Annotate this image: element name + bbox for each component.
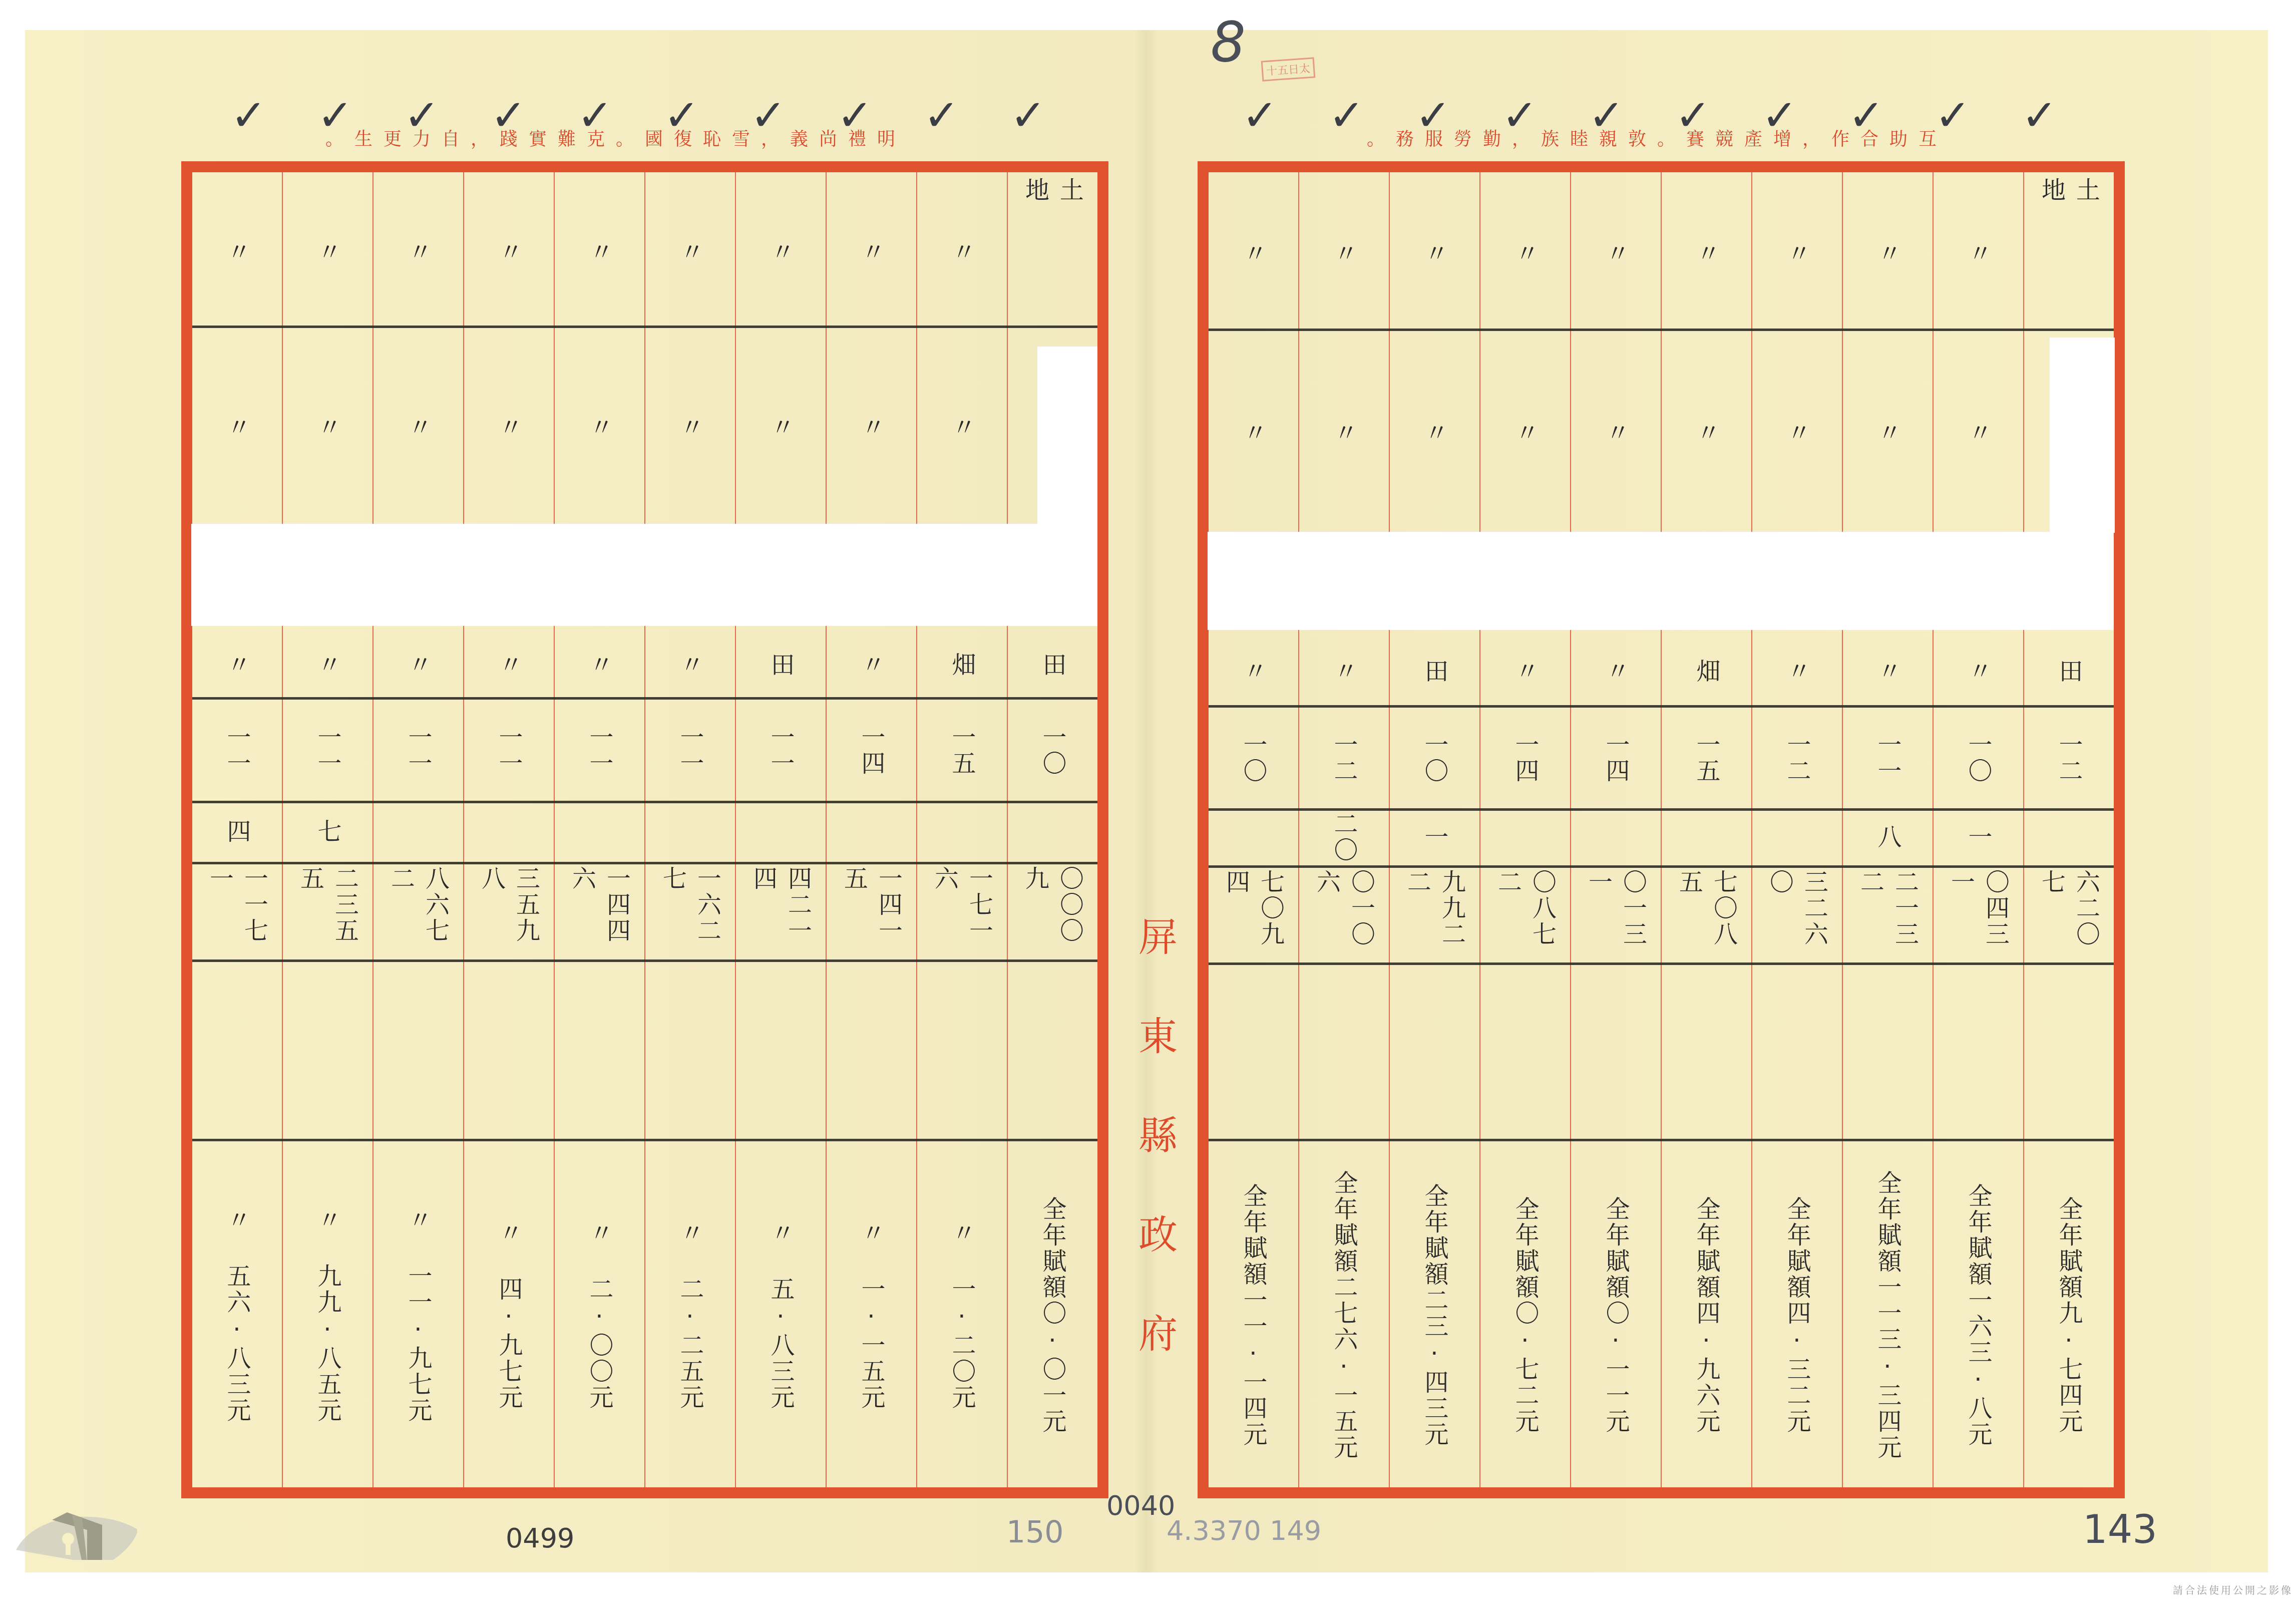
- cell-grade: 一二: [1752, 711, 1842, 805]
- cell-row1: 〃: [1934, 182, 2023, 326]
- cell-land-type: 〃: [1934, 638, 2023, 705]
- issuer-title: 屏東縣政府: [1126, 916, 1183, 1412]
- cell-tax: 〃 一·一五元: [827, 1146, 916, 1484]
- cell-area-top: [736, 804, 826, 859]
- cell-row1: 〃: [827, 182, 916, 323]
- cell-area: 〇一三一: [1571, 869, 1661, 961]
- cell-area: 一四一五: [827, 866, 916, 958]
- left-page-motto: 明禮尚義，雪恥復國。克難實踐，自力更生。: [325, 125, 906, 151]
- cell-row2: 〃: [917, 333, 1007, 523]
- cell-row2: 〃: [1934, 336, 2023, 531]
- rule-line: [1209, 963, 2114, 965]
- header-land-label: 土地: [2024, 177, 2114, 323]
- rule-line: [192, 801, 1097, 803]
- cell-row1: 〃: [192, 182, 282, 323]
- redaction-block: [191, 524, 1097, 626]
- cell-row2: 〃: [1571, 336, 1661, 531]
- right-table-columns: 田一二六二〇七全年賦額九·七四元土地〃〃〃一〇一〇四三一全年賦額一六三·八元〃〃…: [1209, 172, 2114, 1487]
- cell-grade: 一一: [373, 703, 463, 798]
- cell-tax: 全年賦額〇·一一元: [1571, 1146, 1661, 1484]
- right-page-table: 田一二六二〇七全年賦額九·七四元土地〃〃〃一〇一〇四三一全年賦額一六三·八元〃〃…: [1198, 161, 2125, 1498]
- rule-line: [192, 960, 1097, 962]
- table-column: 〃〃畑一五一七一六〃 一·二〇元: [916, 172, 1007, 1487]
- cell-grade: 一〇: [1934, 711, 2023, 805]
- cell-area: 七〇八五: [1662, 869, 1751, 961]
- cell-land-type: 〃: [645, 633, 735, 697]
- cell-area-top: 一: [1390, 811, 1479, 863]
- cell-row1: 〃: [1843, 182, 1933, 326]
- cell-row1: 〃: [736, 182, 826, 323]
- rule-line: [192, 326, 1097, 328]
- cell-row1: 〃: [1480, 182, 1570, 326]
- rule-line: [192, 697, 1097, 700]
- table-column: 〃〃〃一四一四一五〃 一·一五元: [826, 172, 916, 1487]
- cell-grade: 一五: [1662, 711, 1751, 805]
- cell-area: 三五九八: [464, 866, 554, 958]
- left-page-table: 田一〇〇〇〇九全年賦額〇·〇一元土地〃〃畑一五一七一六〃 一·二〇元〃〃〃一四一…: [181, 161, 1108, 1498]
- pencil-page-number: 8: [1211, 10, 1246, 74]
- pencil-note-mid: 4.3370 149: [1167, 1515, 1321, 1546]
- rule-line: [1209, 865, 2114, 868]
- cell-row2: 〃: [192, 333, 282, 523]
- date-stamp: 十五日太: [1261, 57, 1316, 81]
- cell-area: 二一三二: [1843, 869, 1933, 961]
- left-table-columns: 田一〇〇〇〇九全年賦額〇·〇一元土地〃〃畑一五一七一六〃 一·二〇元〃〃〃一四一…: [192, 172, 1097, 1487]
- cell-tax: 全年賦額〇·〇一元: [1008, 1146, 1097, 1484]
- cell-row1: 〃: [917, 182, 1007, 323]
- cell-tax: 全年賦額〇·七二元: [1480, 1146, 1570, 1484]
- cell-area: 〇八七二: [1480, 869, 1570, 961]
- cell-tax: 〃 五六·八三元: [192, 1146, 282, 1484]
- cell-row1: 〃: [464, 182, 554, 323]
- cell-grade: 一〇: [1008, 703, 1097, 798]
- rule-line: [192, 862, 1097, 864]
- cell-row1: 〃: [1299, 182, 1389, 326]
- checkmark-icon: ✓: [985, 94, 1071, 137]
- cell-area: 九九二二: [1390, 869, 1479, 961]
- cell-area-top: [1209, 811, 1298, 863]
- table-column: 〃〃〃一四〇八七二全年賦額〇·七二元: [1479, 172, 1570, 1487]
- cell-area: 一四四六: [555, 866, 644, 958]
- cell-row1: 〃: [1390, 182, 1479, 326]
- rule-line: [1209, 1139, 2114, 1141]
- cell-row1: 〃: [645, 182, 735, 323]
- cell-grade: 一四: [1480, 711, 1570, 805]
- cell-grade: 一一: [645, 703, 735, 798]
- cell-tax: 全年賦額九·七四元: [2024, 1146, 2114, 1484]
- cell-tax: 全年賦額一一三·三四元: [1843, 1146, 1933, 1484]
- cell-row2: 〃: [645, 333, 735, 523]
- cell-grade: 一五: [917, 703, 1007, 798]
- cell-area-top: 八: [1843, 811, 1933, 863]
- cell-tax: 全年賦額二七六·一五元: [1299, 1146, 1389, 1484]
- cell-area-top: [1008, 804, 1097, 859]
- cell-tax: 〃 一一·九七元: [373, 1146, 463, 1484]
- rule-line: [192, 1139, 1097, 1141]
- table-column: 〃〃〃一二三二六〇全年賦額四·三二元: [1751, 172, 1842, 1487]
- table-column: 〃〃田一一四二一四〃 五·八三元: [735, 172, 826, 1487]
- cell-land-type: 田: [2024, 638, 2114, 705]
- table-column: 〃〃〃一一八二一三二全年賦額一一三·三四元: [1842, 172, 1933, 1487]
- table-column: 〃〃〃一一八六七二〃 一一·九七元: [372, 172, 463, 1487]
- cell-area: 一七一六: [917, 866, 1007, 958]
- cell-tax: 〃 九九·八五元: [283, 1146, 372, 1484]
- cell-area-top: [1752, 811, 1842, 863]
- rule-line: [1209, 329, 2114, 331]
- cell-area: 四二一四: [736, 866, 826, 958]
- cell-area-top: [555, 804, 644, 859]
- right-page-motto: 互助合作，增產競賽。敦親睦族，勤勞服務。: [1367, 125, 1948, 151]
- cell-area: 〇四三一: [1934, 869, 2023, 961]
- cell-area: 〇〇〇九: [1008, 866, 1097, 958]
- cell-land-type: 〃: [827, 633, 916, 697]
- cell-area: 六二〇七: [2024, 869, 2114, 961]
- cell-tax: 全年賦額二三·四三元: [1390, 1146, 1479, 1484]
- pencil-note-left: 150: [1006, 1515, 1064, 1550]
- cell-row2: 〃: [1390, 336, 1479, 531]
- cell-land-type: 〃: [1209, 638, 1298, 705]
- cell-row2: 〃: [1480, 336, 1570, 531]
- cell-area-top: 二〇: [1299, 811, 1389, 863]
- table-column: 〃〃〃一一一四四六〃 二·〇〇元: [554, 172, 644, 1487]
- cell-grade: 一四: [1571, 711, 1661, 805]
- cell-grade: 一一: [192, 703, 282, 798]
- table-column: 〃〃〃一一七二三五五〃 九九·八五元: [282, 172, 372, 1487]
- cell-area-top: 四: [192, 804, 282, 859]
- cell-grade: 一二: [1299, 711, 1389, 805]
- cell-row2: 〃: [283, 333, 372, 523]
- cell-land-type: 〃: [1480, 638, 1570, 705]
- cell-row1: 〃: [1662, 182, 1751, 326]
- cell-row1: 〃: [555, 182, 644, 323]
- cell-row2: 〃: [736, 333, 826, 523]
- cell-grade: 一一: [464, 703, 554, 798]
- archive-number: 0499: [506, 1522, 574, 1554]
- rule-line: [1209, 705, 2114, 708]
- cell-area: 一一七一: [192, 866, 282, 958]
- cell-row2: 〃: [555, 333, 644, 523]
- redaction-block: [1208, 532, 2114, 630]
- cell-area: 二三五五: [283, 866, 372, 958]
- cell-tax: 〃 五·八三元: [736, 1146, 826, 1484]
- cell-grade: 一一: [736, 703, 826, 798]
- cell-land-type: 〃: [555, 633, 644, 697]
- table-column: 〃〃〃一一三五九八〃 四·九七元: [463, 172, 554, 1487]
- cell-area-top: [373, 804, 463, 859]
- cell-area: 三二六〇: [1752, 869, 1842, 961]
- gutter-pencil-number: 0040: [1106, 1490, 1175, 1521]
- cell-area: 七〇九四: [1209, 869, 1298, 961]
- checkmark-icon: ✓: [898, 94, 985, 137]
- cell-area: 一六二七: [645, 866, 735, 958]
- table-column: 〃〃畑一五七〇八五全年賦額四·九六元: [1661, 172, 1751, 1487]
- cell-row2: 〃: [1299, 336, 1389, 531]
- cell-row1: 〃: [1571, 182, 1661, 326]
- header-land-label: 土地: [1008, 177, 1097, 323]
- cell-tax: 全年賦額一一·一四元: [1209, 1146, 1298, 1484]
- cell-land-type: 田: [1390, 638, 1479, 705]
- archive-logo-icon: [7, 1490, 137, 1560]
- checkmark-icon: ✓: [1996, 94, 2083, 137]
- cell-tax: 〃 二·二五元: [645, 1146, 735, 1484]
- usage-watermark: 請合法使用公開之影像: [2173, 1582, 2293, 1597]
- cell-land-type: 〃: [373, 633, 463, 697]
- table-column: 〃〃〃一一四一一七一〃 五六·八三元: [192, 172, 282, 1487]
- cell-row2: 〃: [1843, 336, 1933, 531]
- cell-land-type: 〃: [1843, 638, 1933, 705]
- table-column: 〃〃〃一〇一〇四三一全年賦額一六三·八元: [1933, 172, 2023, 1487]
- cell-tax: 〃 四·九七元: [464, 1146, 554, 1484]
- cell-grade: 一一: [1843, 711, 1933, 805]
- cell-area-top: [645, 804, 735, 859]
- cell-land-type: 〃: [1752, 638, 1842, 705]
- cell-tax: 全年賦額四·三二元: [1752, 1146, 1842, 1484]
- redaction-block: [2050, 338, 2115, 533]
- cell-land-type: 〃: [1299, 638, 1389, 705]
- rule-line: [1209, 808, 2114, 811]
- cell-area-top: [1480, 811, 1570, 863]
- cell-land-type: 田: [736, 633, 826, 697]
- cell-row1: 〃: [1752, 182, 1842, 326]
- cell-area-top: [917, 804, 1007, 859]
- cell-tax: 〃 二·〇〇元: [555, 1146, 644, 1484]
- cell-grade: 一二: [2024, 711, 2114, 805]
- cell-row2: 〃: [827, 333, 916, 523]
- cell-grade: 一〇: [1209, 711, 1298, 805]
- cell-land-type: 田: [1008, 633, 1097, 697]
- cell-row1: 〃: [1209, 182, 1298, 326]
- redaction-block: [1037, 347, 1097, 527]
- cell-row2: 〃: [464, 333, 554, 523]
- checkmark-icon: ✓: [205, 94, 292, 137]
- cell-area-top: [464, 804, 554, 859]
- cell-land-type: 畑: [1662, 638, 1751, 705]
- table-column: 〃〃〃一一一六二七〃 二·二五元: [644, 172, 735, 1487]
- cell-row1: 〃: [373, 182, 463, 323]
- cell-tax: 〃 一·二〇元: [917, 1146, 1007, 1484]
- cell-grade: 一一: [555, 703, 644, 798]
- cell-land-type: 〃: [464, 633, 554, 697]
- cell-area-top: [1571, 811, 1661, 863]
- cell-area-top: [1662, 811, 1751, 863]
- cell-land-type: 〃: [1571, 638, 1661, 705]
- cell-land-type: 〃: [192, 633, 282, 697]
- cell-grade: 一四: [827, 703, 916, 798]
- cell-area: 八六七二: [373, 866, 463, 958]
- cell-grade: 一一: [283, 703, 372, 798]
- cell-row2: 〃: [1752, 336, 1842, 531]
- checkmark-icon: ✓: [1217, 94, 1303, 137]
- cell-tax: 全年賦額一六三·八元: [1934, 1146, 2023, 1484]
- cell-area-top: [827, 804, 916, 859]
- cell-tax: 全年賦額四·九六元: [1662, 1146, 1751, 1484]
- cell-land-type: 畑: [917, 633, 1007, 697]
- cell-area-top: 七: [283, 804, 372, 859]
- pencil-page-number-right: 143: [2083, 1507, 2157, 1552]
- cell-grade: 一〇: [1390, 711, 1479, 805]
- table-column: 〃〃〃一〇七〇九四全年賦額一一·一四元: [1209, 172, 1298, 1487]
- table-column: 〃〃田一〇一九九二二全年賦額二三·四三元: [1389, 172, 1479, 1487]
- cell-area-top: [2024, 811, 2114, 863]
- table-column: 〃〃〃一二二〇〇一〇六全年賦額二七六·一五元: [1298, 172, 1389, 1487]
- cell-row1: 〃: [283, 182, 372, 323]
- table-column: 〃〃〃一四〇一三一全年賦額〇·一一元: [1570, 172, 1661, 1487]
- cell-area: 〇一〇六: [1299, 869, 1389, 961]
- cell-row2: 〃: [373, 333, 463, 523]
- cell-row2: 〃: [1209, 336, 1298, 531]
- cell-row2: 〃: [1662, 336, 1751, 531]
- cell-area-top: 一: [1934, 811, 2023, 863]
- cell-land-type: 〃: [283, 633, 372, 697]
